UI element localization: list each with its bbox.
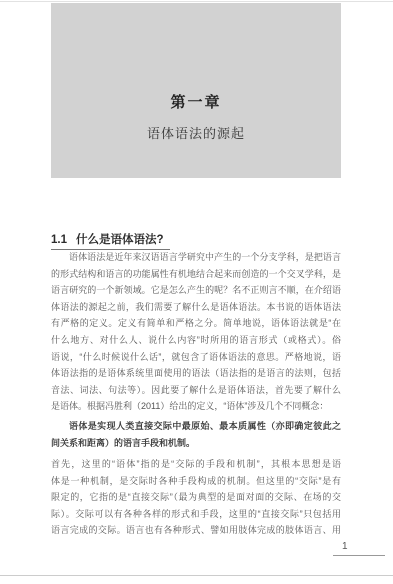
paragraph-2: 首先，这里的“语体”指的是“交际的手段和机制”，其根本思想是语 体是一种机制，是… <box>51 456 341 539</box>
chapter-number: 第一章 <box>51 91 341 112</box>
body-line: 音法、词法、句法等）。因此要了解什么是语体语法，首先要了解什么 <box>51 382 341 399</box>
body-line: 是语体。根据冯胜利（2011）给出的定义，“语体”涉及几个不同概念： <box>51 398 341 415</box>
body-line: 语说，“什么时候说什么话”，就包含了语体语法的意思。严格地说，语 <box>51 349 341 366</box>
chapter-title: 语体语法的源起 <box>51 123 341 142</box>
section-heading: 1.1什么是语体语法? <box>51 231 170 250</box>
body-line: 限定的，它指的是“直接交际”（最为典型的是面对面的交际、在场的交 <box>51 489 341 506</box>
page-top-edge <box>0 1 393 2</box>
body-line: 语言完成的交际。语言也有各种形式、譬如用肢体完成的肢体语言、用 <box>51 522 341 539</box>
body-line: 的形式结构和语言的功能属性有机地结合起来而创造的一个交叉学科，是 <box>51 266 341 283</box>
body-line: 有严格的定义。定义有简单和严格之分。简单地说，语体语法就是“在 <box>51 315 341 332</box>
page-number: 1 <box>333 541 348 552</box>
quote-line: 间关系和距离）的语言手段和机制。 <box>51 435 341 452</box>
body-line: 体语法的源起之前，我们需要了解什么是语体语法。本书说的语体语法 <box>51 299 341 316</box>
body-line: 语体语法是近年来汉语语言学研究中产生的一个分支学科，是把语言 <box>51 249 341 266</box>
body-line: 首先，这里的“语体”指的是“交际的手段和机制”，其根本思想是语 <box>51 456 341 473</box>
section-number: 1.1 <box>51 234 67 246</box>
body-line: 语言研究的一个新领域。它是怎么产生的呢？名不正则言不顺，在介绍语 <box>51 282 341 299</box>
body-line: 际）。交际可以有各种各样的形式和手段，这里的“直接交际”只包括用 <box>51 506 341 523</box>
body-line: 什么地方、对什么人、说什么内容”时所用的语言形式（或格式）。俗 <box>51 332 341 349</box>
paragraph-1: 语体语法是近年来汉语语言学研究中产生的一个分支学科，是把语言 的形式结构和语言的… <box>51 249 341 415</box>
chapter-header-box: 第一章 语体语法的源起 <box>51 3 341 178</box>
section-title: 什么是语体语法? <box>76 234 164 246</box>
page-footer: 1 <box>333 541 385 556</box>
body-line: 体语法指的是语体系统里面使用的语法（语法指的是语言的法则，包括 <box>51 365 341 382</box>
block-quote: 语体是实现人类直接交际中最原始、最本质属性（亦即确定彼此之 间关系和距离）的语言… <box>51 418 341 451</box>
quote-line: 语体是实现人类直接交际中最原始、最本质属性（亦即确定彼此之 <box>51 418 341 435</box>
page-bottom-edge <box>0 575 393 576</box>
body-line: 体是一种机制，是交际时各种手段构成的机制。但这里的“交际”是有 <box>51 473 341 490</box>
